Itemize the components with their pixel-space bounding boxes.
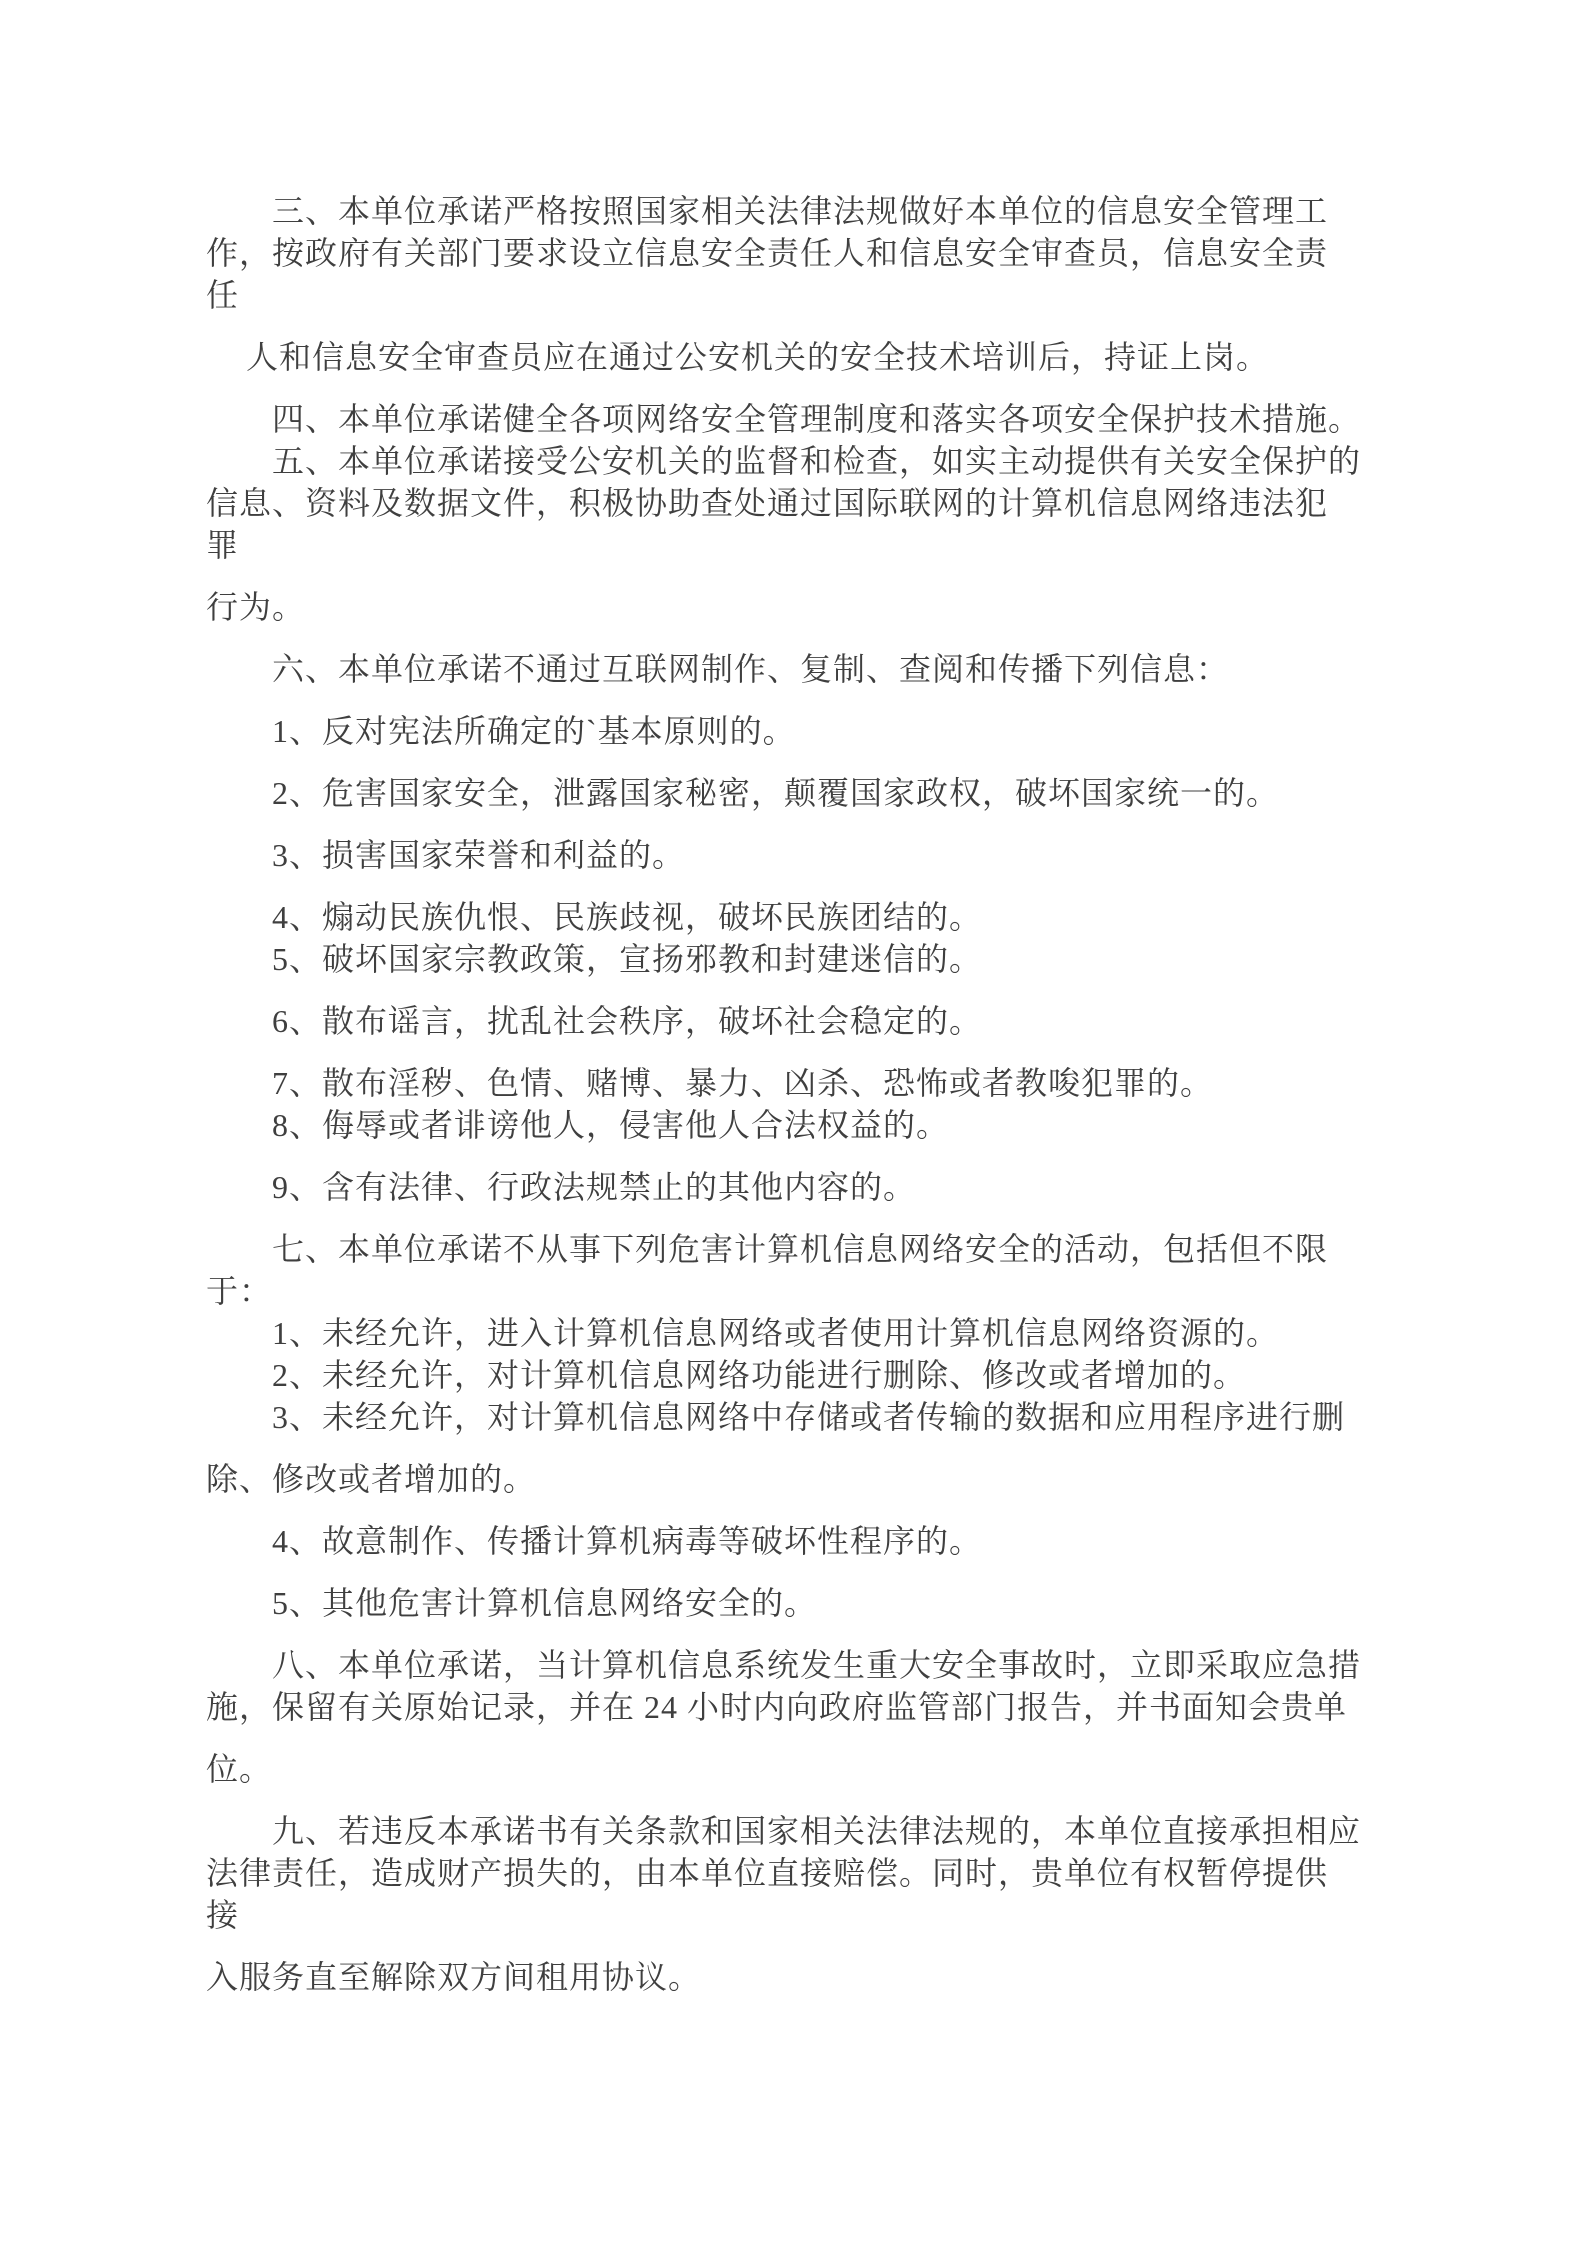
text-line: 罪 <box>206 524 1496 566</box>
text-line: 位。 <box>206 1748 1496 1790</box>
text-line: 行为。 <box>206 586 1496 628</box>
text-line: 7、散布淫秽、色情、赌博、暴力、凶杀、恐怖或者教唆犯罪的。 <box>206 1062 1496 1104</box>
text-line: 法律责任，造成财产损失的，由本单位直接赔偿。同时，贵单位有权暂停提供 <box>206 1852 1496 1894</box>
text-line: 3、未经允许，对计算机信息网络中存储或者传输的数据和应用程序进行删 <box>206 1396 1496 1438</box>
text-line: 2、未经允许，对计算机信息网络功能进行删除、修改或者增加的。 <box>206 1354 1496 1396</box>
text-line: 五、本单位承诺接受公安机关的监督和检查，如实主动提供有关安全保护的 <box>206 440 1496 482</box>
page: { "page": { "background": "#ffffff", "te… <box>0 0 1587 2245</box>
text-line: 人和信息安全审查员应在通过公安机关的安全技术培训后，持证上岗。 <box>206 336 1496 378</box>
text-line: 九、若违反本承诺书有关条款和国家相关法律法规的，本单位直接承担相应 <box>206 1810 1496 1852</box>
text-line: 4、煽动民族仇恨、民族歧视，破坏民族团结的。 <box>206 896 1496 938</box>
text-line: 施，保留有关原始记录，并在 24 小时内向政府监管部门报告，并书面知会贵单 <box>206 1686 1496 1728</box>
text-line: 4、故意制作、传播计算机病毒等破坏性程序的。 <box>206 1520 1496 1562</box>
text-line: 8、侮辱或者诽谤他人，侵害他人合法权益的。 <box>206 1104 1496 1146</box>
text-line: 5、其他危害计算机信息网络安全的。 <box>206 1582 1496 1624</box>
text-line: 9、含有法律、行政法规禁止的其他内容的。 <box>206 1166 1496 1208</box>
text-line: 除、修改或者增加的。 <box>206 1458 1496 1500</box>
text-line: 接 <box>206 1894 1496 1936</box>
text-line: 作，按政府有关部门要求设立信息安全责任人和信息安全审查员，信息安全责 <box>206 232 1496 274</box>
text-line: 四、本单位承诺健全各项网络安全管理制度和落实各项安全保护技术措施。 <box>206 398 1496 440</box>
text-line: 七、本单位承诺不从事下列危害计算机信息网络安全的活动，包括但不限 <box>206 1228 1496 1270</box>
text-line: 于： <box>206 1270 1496 1312</box>
text-line: 1、未经允许，进入计算机信息网络或者使用计算机信息网络资源的。 <box>206 1312 1496 1354</box>
text-line: 1、反对宪法所确定的`基本原则的。 <box>206 710 1496 752</box>
text-line: 六、本单位承诺不通过互联网制作、复制、查阅和传播下列信息： <box>206 648 1496 690</box>
text-line: 6、散布谣言，扰乱社会秩序，破坏社会稳定的。 <box>206 1000 1496 1042</box>
text-line: 入服务直至解除双方间租用协议。 <box>206 1956 1496 1998</box>
text-line: 5、破坏国家宗教政策，宣扬邪教和封建迷信的。 <box>206 938 1496 980</box>
text-line: 八、本单位承诺，当计算机信息系统发生重大安全事故时，立即采取应急措 <box>206 1644 1496 1686</box>
document-text-block: 三、本单位承诺严格按照国家相关法律法规做好本单位的信息安全管理工作，按政府有关部… <box>206 190 1496 1998</box>
text-line: 信息、资料及数据文件，积极协助查处通过国际联网的计算机信息网络违法犯 <box>206 482 1496 524</box>
text-line: 三、本单位承诺严格按照国家相关法律法规做好本单位的信息安全管理工 <box>206 190 1496 232</box>
text-line: 3、损害国家荣誉和利益的。 <box>206 834 1496 876</box>
text-line: 2、危害国家安全，泄露国家秘密，颠覆国家政权，破坏国家统一的。 <box>206 772 1496 814</box>
text-line: 任 <box>206 274 1496 316</box>
